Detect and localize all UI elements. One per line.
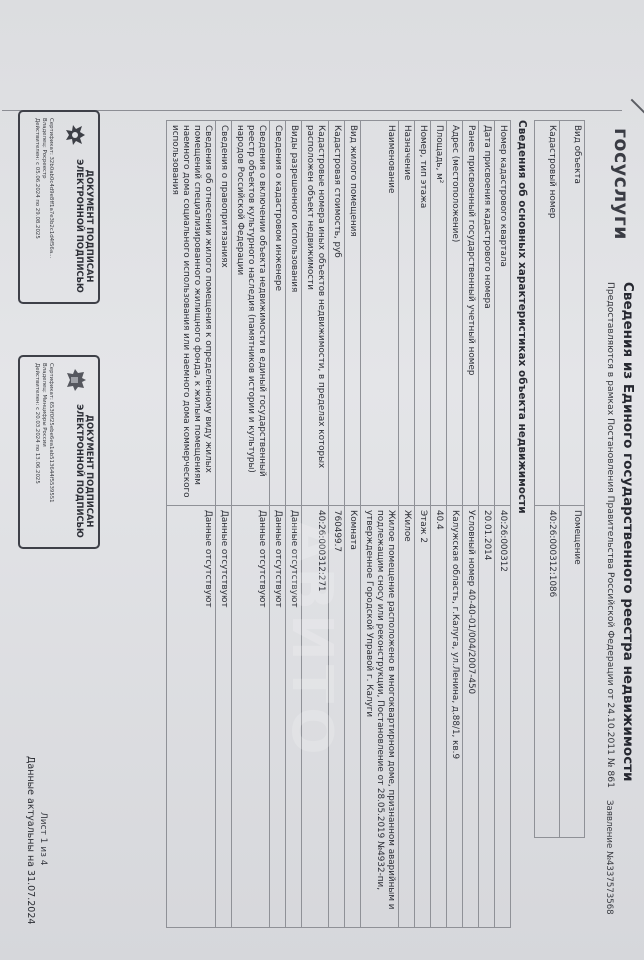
characteristic-label: Виды разрешенного использования (286, 121, 302, 506)
characteristic-label: Дата присвоения кадастрового номера (479, 121, 495, 506)
characteristic-label: Сведения о правопритязаниях (216, 121, 232, 506)
rosreestr-emblem-icon (60, 122, 88, 148)
characteristic-label: Сведения об отнесении жилого помещения к… (167, 121, 216, 506)
watermark: АВИТО (279, 520, 344, 759)
characteristic-value: Данные отсутствуют (232, 506, 270, 928)
characteristic-value: Жилое помещение расположено в многокварт… (361, 506, 399, 928)
characteristic-label: Сведения о включении объекта недвижимост… (232, 121, 270, 506)
document-title: Сведения из Единого государственного рее… (620, 282, 636, 781)
stamp-certificate-number: Сертификат: 653f0f25ebe6ea1ab513644f5539… (47, 363, 54, 503)
characteristic-value: 20.01.2014 (479, 506, 495, 928)
table-row: Сведения о правопритязанияхДанные отсутс… (216, 121, 232, 928)
cadastral-number-label: Кадастровый номер (535, 121, 560, 506)
cadastral-number-value: 40:26:000312:1086 (535, 506, 560, 838)
characteristic-label: Адрес (местоположение) (447, 121, 463, 506)
application-number: Заявление №4337573568 (604, 800, 614, 915)
table-row: Ранее присвоенный государственный учетны… (463, 121, 479, 928)
characteristic-value: Комната (345, 506, 361, 928)
table-row: Адрес (местоположение)Калужская область,… (447, 121, 463, 928)
characteristic-label: Ранее присвоенный государственный учетны… (463, 121, 479, 506)
gosuslugi-logo: госуслуги (610, 128, 632, 240)
table-row: Кадастровый номер 40:26:000312:1086 (535, 121, 560, 838)
page-number: Лист 1 из 4 (38, 812, 48, 865)
section-title: Сведения об основных характеристиках объ… (516, 120, 528, 514)
object-type-value: Помещение (560, 506, 585, 838)
characteristic-value: 40:26:000312 (495, 506, 511, 928)
stamp-owner: Владелец: Росреестр (40, 118, 47, 258)
table-row: НаименованиеЖилое помещение расположено … (361, 121, 399, 928)
data-actual-date: Данные актуальны на 31.07.2024 (25, 756, 36, 924)
table-row: НазначениеЖилое (399, 121, 415, 928)
stamp-certificate-number: Сертификат: 32b0ab0c4d9e8ff1a7e3b2c1d4f5… (47, 118, 54, 258)
characteristic-value: Этаж 2 (415, 506, 431, 928)
table-row: Сведения о включении объекта недвижимост… (232, 121, 270, 928)
table-row: Площадь, м²40.4 (431, 121, 447, 928)
characteristic-value: Калужская область, г.Калуга, ул.Ленина, … (447, 506, 463, 928)
characteristic-label: Наименование (361, 121, 399, 506)
object-type-table: Вид объекта Помещение Кадастровый номер … (534, 120, 585, 838)
table-row: Номер, тип этажаЭтаж 2 (415, 121, 431, 928)
signature-stamp-2: ДОКУМЕНТ ПОДПИСАН ЭЛЕКТРОННОЙ ПОДПИСЬЮ С… (18, 355, 100, 549)
table-row: Вид объекта Помещение (560, 121, 585, 838)
table-row: Дата присвоения кадастрового номера20.01… (479, 121, 495, 928)
table-row: Номер кадастрового квартала40:26:000312 (495, 121, 511, 928)
stamp-owner: Владелец: Минцифры России (40, 363, 47, 503)
characteristic-label: Кадастровые номера иных объектов недвижи… (302, 121, 329, 506)
stamp-validity: Действителен: с 05.06.2024 по 29.08.2025 (33, 118, 40, 258)
table-row: Вид жилого помещенияКомната (345, 121, 361, 928)
characteristic-label: Вид жилого помещения (345, 121, 361, 506)
header-decoration (631, 99, 644, 116)
table-row: Сведения об отнесении жилого помещения к… (167, 121, 216, 928)
characteristic-label: Сведения о кадастровом инженере (270, 121, 286, 506)
characteristic-value: 40.4 (431, 506, 447, 928)
characteristic-value: Условный номер 40-40-01/004/2007-450 (463, 506, 479, 928)
characteristic-label: Номер кадастрового квартала (495, 121, 511, 506)
stamp-validity: Действителен: с 20.03.2024 по 13.06.2025 (33, 363, 40, 503)
characteristic-label: Номер, тип этажа (415, 121, 431, 506)
characteristic-value: Жилое (399, 506, 415, 928)
document-sheet: госуслуги Сведения из Единого государств… (0, 0, 644, 960)
characteristic-label: Площадь, м² (431, 121, 447, 506)
document-subtitle: Предоставляются в рамках Постановления П… (605, 282, 616, 788)
characteristic-label: Назначение (399, 121, 415, 506)
stamp-title: ДОКУМЕНТ ПОДПИСАН ЭЛЕКТРОННОЙ ПОДПИСЬЮ (75, 154, 94, 298)
stamp-title: ДОКУМЕНТ ПОДПИСАН ЭЛЕКТРОННОЙ ПОДПИСЬЮ (75, 399, 94, 543)
coat-of-arms-icon (60, 367, 88, 393)
characteristic-value: Данные отсутствуют (167, 506, 216, 928)
signature-stamp-1: ДОКУМЕНТ ПОДПИСАН ЭЛЕКТРОННОЙ ПОДПИСЬЮ С… (18, 110, 100, 304)
characteristic-label: Кадастровая стоимость, руб (329, 121, 345, 506)
characteristic-value: Данные отсутствуют (216, 506, 232, 928)
stamp-certificate: Сертификат: 32b0ab0c4d9e8ff1a7e3b2c1d4f5… (33, 118, 54, 258)
stamp-certificate: Сертификат: 653f0f25ebe6ea1ab513644f5539… (33, 363, 54, 503)
object-type-label: Вид объекта (560, 121, 585, 506)
